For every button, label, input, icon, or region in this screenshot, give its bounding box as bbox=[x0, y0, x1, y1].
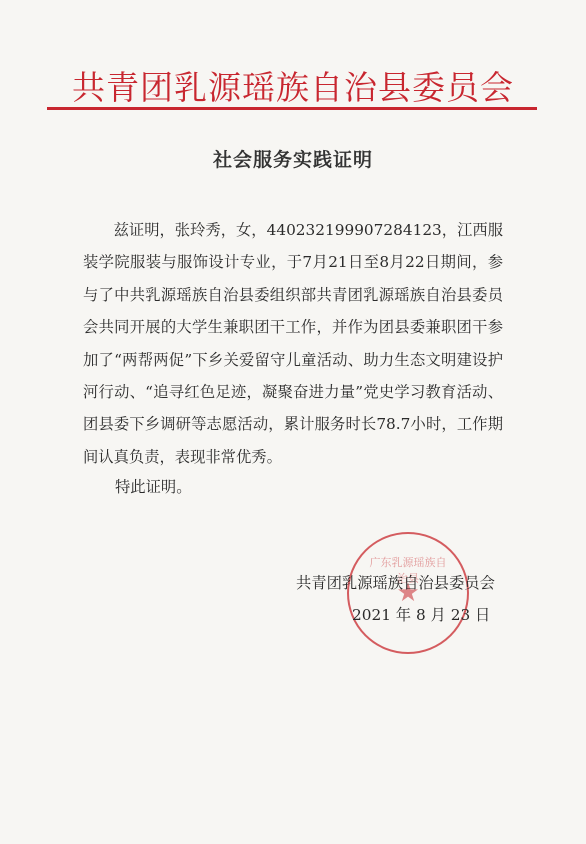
body-paragraph: 兹证明，张玲秀，女，440232199907284123，江西服装学院服装与服饰… bbox=[83, 214, 503, 473]
letterhead-title: 共青团乳源瑶族自治县委员会 bbox=[0, 62, 586, 109]
letterhead-rule bbox=[47, 107, 537, 110]
signature-date: 2021 年 8 月 23 日 bbox=[352, 603, 490, 625]
closing-line: 特此证明。 bbox=[115, 475, 192, 497]
signature-organization: 共青团乳源瑶族自治县委员会 bbox=[296, 571, 495, 593]
document-body: 兹证明，张玲秀，女，440232199907284123，江西服装学院服装与服饰… bbox=[83, 214, 503, 473]
official-seal: 广东乳源瑶族自治县 ★ bbox=[347, 532, 469, 654]
document-title: 社会服务实践证明 bbox=[0, 145, 586, 172]
